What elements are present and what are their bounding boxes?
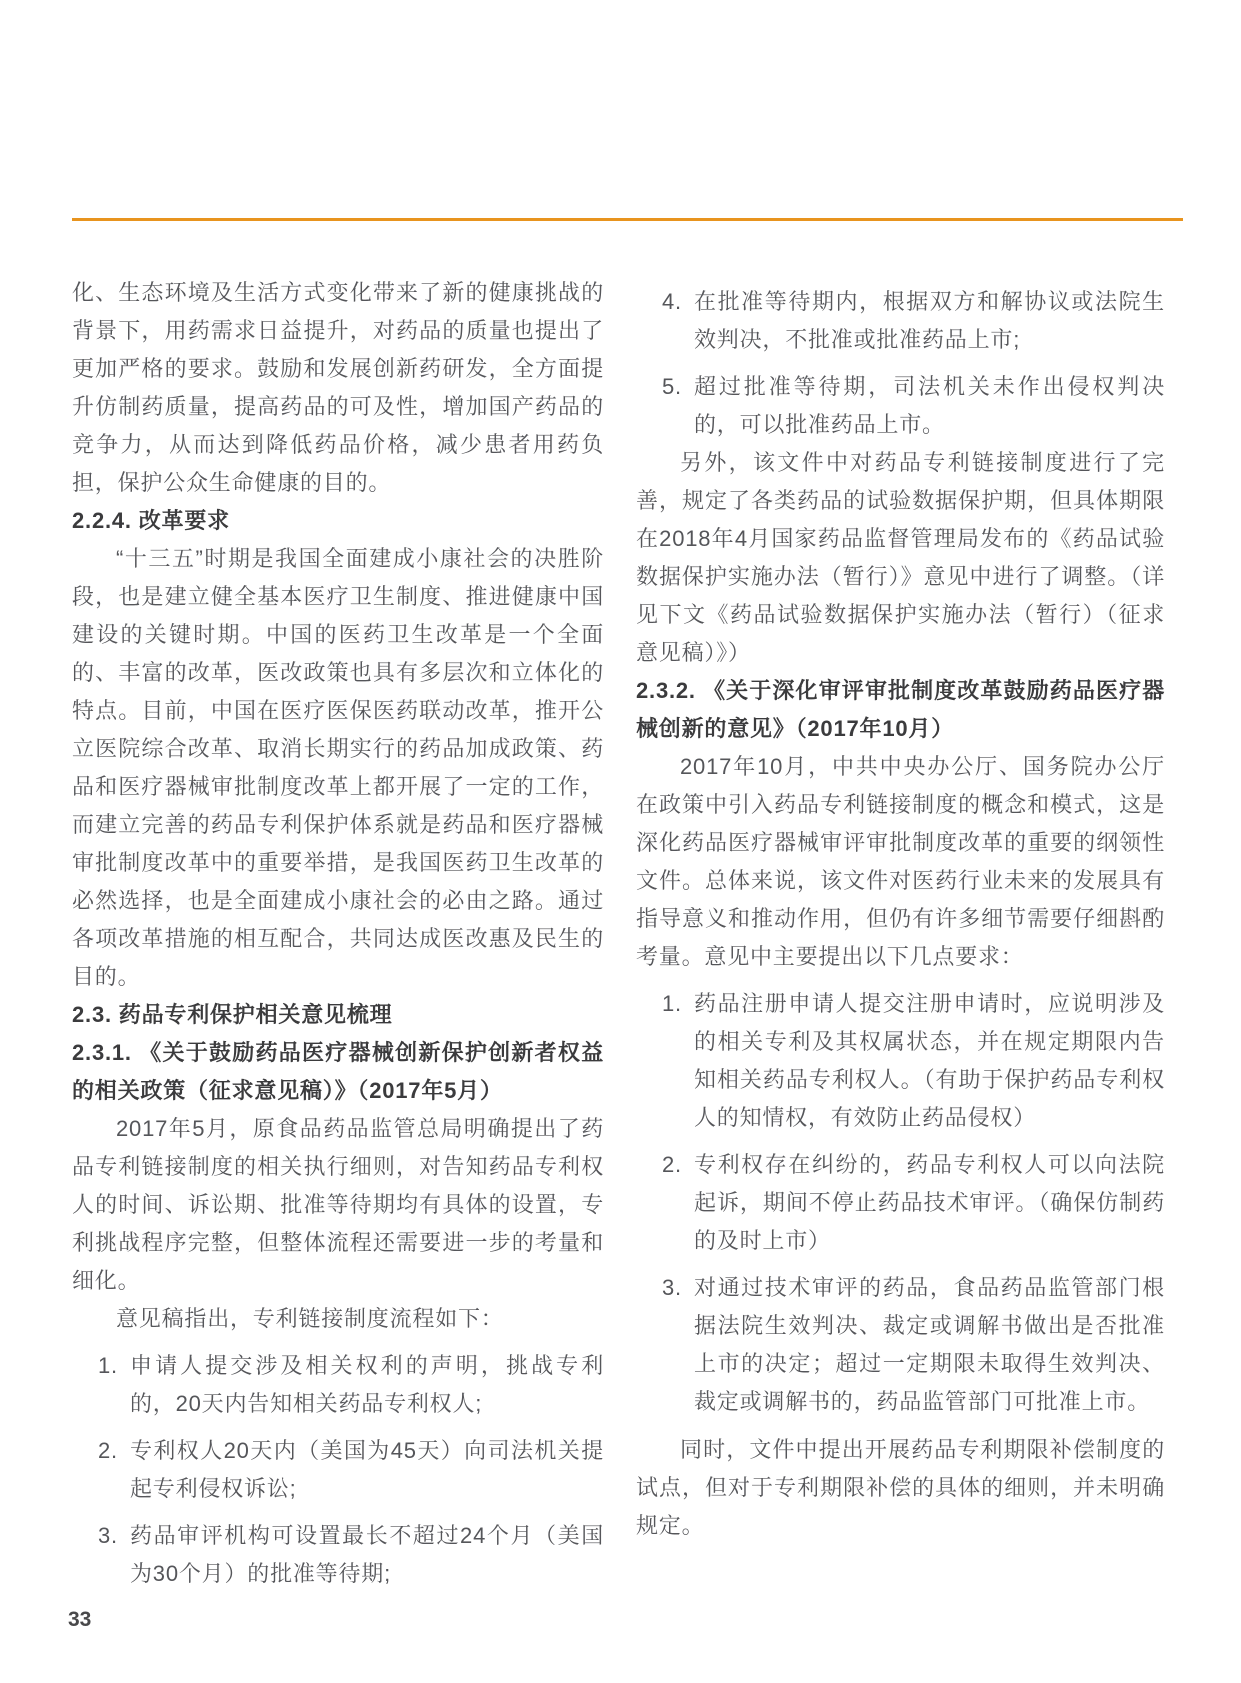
list-item-number: 5.: [662, 368, 694, 444]
list-item-text: 对通过技术审评的药品，食品药品监管部门根据法院生效判决、裁定或调解书做出是否批准…: [694, 1269, 1165, 1421]
body-paragraph: 另外，该文件中对药品专利链接制度进行了完善，规定了各类药品的试验数据保护期，但具…: [636, 444, 1165, 672]
list-item-number: 3.: [662, 1269, 694, 1421]
numbered-list-item: 5.超过批准等待期，司法机关未作出侵权判决的，可以批准药品上市。: [636, 368, 1165, 444]
list-item-text: 专利权人20天内（美国为45天）向司法机关提起专利侵权诉讼;: [130, 1432, 604, 1508]
section-heading: 2.2.4. 改革要求: [72, 502, 604, 540]
list-item-number: 2.: [662, 1146, 694, 1260]
numbered-list-item: 3.对通过技术审评的药品，食品药品监管部门根据法院生效判决、裁定或调解书做出是否…: [636, 1269, 1165, 1421]
list-item-number: 2.: [98, 1432, 130, 1508]
list-item-text: 专利权存在纠纷的，药品专利权人可以向法院起诉，期间不停止药品技术审评。（确保仿制…: [694, 1146, 1165, 1260]
section-heading: 2.3. 药品专利保护相关意见梳理: [72, 996, 604, 1034]
list-item-number: 4.: [662, 283, 694, 359]
header-divider-line: [72, 218, 1183, 221]
right-column: 4.在批准等待期内，根据双方和解协议或法院生效判决，不批准或批准药品上市;5.超…: [636, 274, 1165, 1593]
body-paragraph: 意见稿指出，专利链接制度流程如下：: [72, 1300, 604, 1338]
text-columns: 化、生态环境及生活方式变化带来了新的健康挑战的背景下，用药需求日益提升，对药品的…: [72, 274, 1165, 1593]
list-item-number: 1.: [662, 985, 694, 1137]
numbered-list-item: 2.专利权存在纠纷的，药品专利权人可以向法院起诉，期间不停止药品技术审评。（确保…: [636, 1146, 1165, 1260]
list-item-text: 超过批准等待期，司法机关未作出侵权判决的，可以批准药品上市。: [694, 368, 1165, 444]
numbered-list-item: 4.在批准等待期内，根据双方和解协议或法院生效判决，不批准或批准药品上市;: [636, 283, 1165, 359]
numbered-list-item: 1.药品注册申请人提交注册申请时，应说明涉及的相关专利及其权属状态，并在规定期限…: [636, 985, 1165, 1137]
list-item-text: 在批准等待期内，根据双方和解协议或法院生效判决，不批准或批准药品上市;: [694, 283, 1165, 359]
section-heading: 2.3.1. 《关于鼓励药品医疗器械创新保护创新者权益的相关政策（征求意见稿）》…: [72, 1034, 604, 1110]
left-column: 化、生态环境及生活方式变化带来了新的健康挑战的背景下，用药需求日益提升，对药品的…: [72, 274, 604, 1593]
document-page: 化、生态环境及生活方式变化带来了新的健康挑战的背景下，用药需求日益提升，对药品的…: [0, 0, 1241, 1683]
body-paragraph: “十三五”时期是我国全面建成小康社会的决胜阶段，也是建立健全基本医疗卫生制度、推…: [72, 540, 604, 996]
list-item-number: 1.: [98, 1347, 130, 1423]
body-paragraph: 化、生态环境及生活方式变化带来了新的健康挑战的背景下，用药需求日益提升，对药品的…: [72, 274, 604, 502]
list-item-text: 药品审评机构可设置最长不超过24个月（美国为30个月）的批准等待期;: [130, 1517, 604, 1593]
numbered-list-item: 1.申请人提交涉及相关权利的声明，挑战专利的，20天内告知相关药品专利权人;: [72, 1347, 604, 1423]
body-paragraph: 2017年5月，原食品药品监管总局明确提出了药品专利链接制度的相关执行细则，对告…: [72, 1110, 604, 1300]
body-paragraph: 同时，文件中提出开展药品专利期限补偿制度的试点，但对于专利期限补偿的具体的细则，…: [636, 1431, 1165, 1545]
numbered-list-item: 2.专利权人20天内（美国为45天）向司法机关提起专利侵权诉讼;: [72, 1432, 604, 1508]
page-number: 33: [68, 1607, 91, 1633]
numbered-list-item: 3.药品审评机构可设置最长不超过24个月（美国为30个月）的批准等待期;: [72, 1517, 604, 1593]
list-item-text: 药品注册申请人提交注册申请时，应说明涉及的相关专利及其权属状态，并在规定期限内告…: [694, 985, 1165, 1137]
body-paragraph: 2017年10月，中共中央办公厅、国务院办公厅在政策中引入药品专利链接制度的概念…: [636, 748, 1165, 976]
list-item-text: 申请人提交涉及相关权利的声明，挑战专利的，20天内告知相关药品专利权人;: [130, 1347, 604, 1423]
list-item-number: 3.: [98, 1517, 130, 1593]
section-heading: 2.3.2. 《关于深化审评审批制度改革鼓励药品医疗器械创新的意见》（2017年…: [636, 672, 1165, 748]
